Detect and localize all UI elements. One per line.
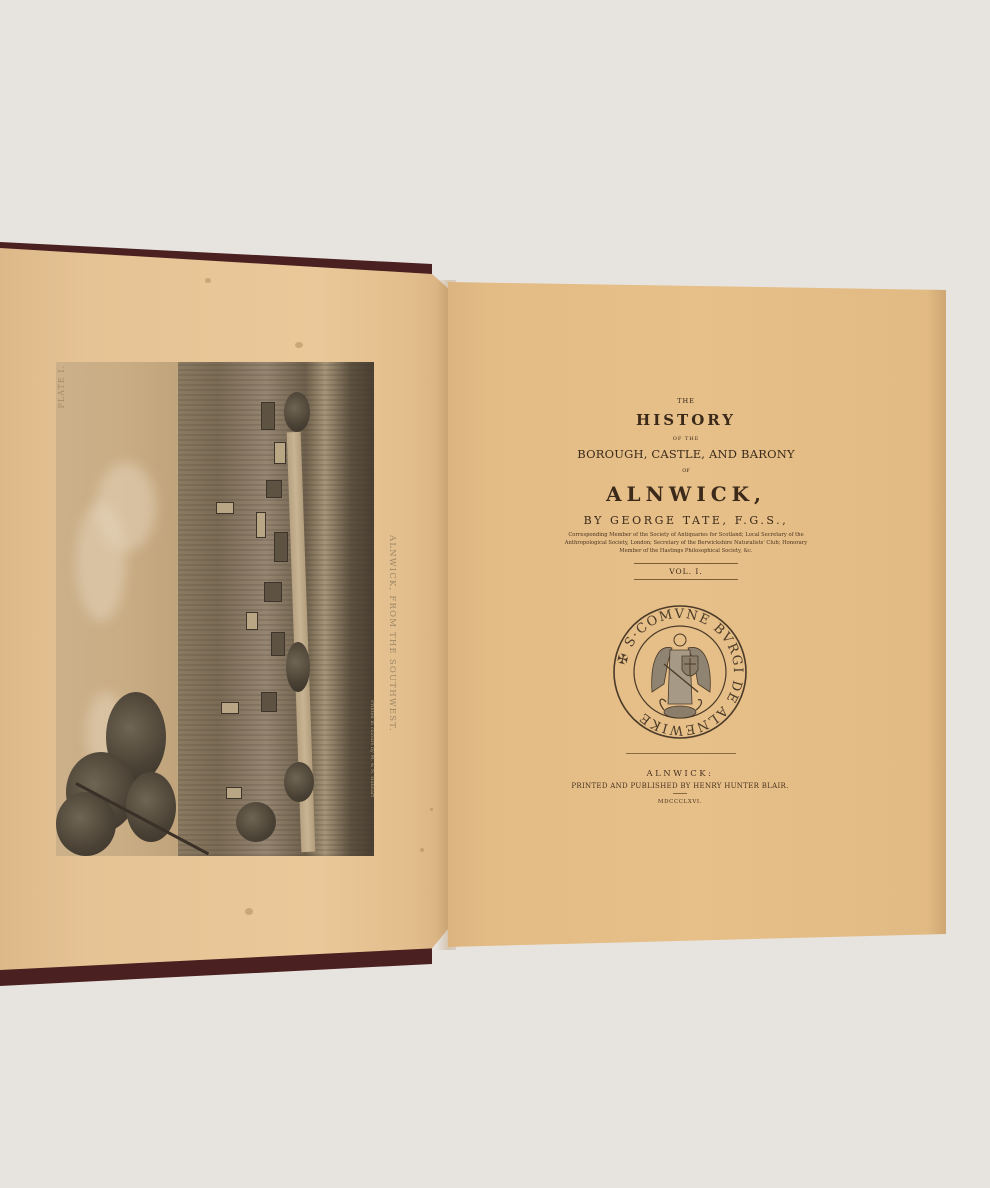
imprint-rule — [626, 753, 736, 754]
foxing-spot — [430, 808, 433, 811]
foxing-spot — [245, 908, 253, 915]
engraving-landscape — [178, 362, 374, 856]
plate-caption: ALNWICK, FROM THE SOUTHWEST. — [381, 535, 397, 700]
title-of: OF — [560, 465, 812, 477]
imprint-date: MDCCCLXVI. — [560, 797, 800, 807]
title-subtitle: BOROUGH, CASTLE, AND BARONY — [560, 445, 812, 465]
volume-label: VOL. I. — [634, 563, 738, 580]
imprint-printer: PRINTED AND PUBLISHED BY HENRY HUNTER BL… — [560, 780, 800, 792]
title-block: THE HISTORY OF THE BOROUGH, CASTLE, AND … — [560, 390, 812, 580]
author-credentials: Corresponding Member of the Society of A… — [560, 531, 812, 555]
title-place: ALNWICK, — [560, 477, 812, 511]
author-line: BY GEORGE TATE, F.G.S., — [560, 511, 812, 531]
frontispiece-engraving — [56, 362, 374, 856]
title-of-the: OF THE — [560, 433, 812, 445]
foxing-spot — [205, 278, 211, 283]
imprint-small-rule — [673, 793, 687, 794]
foxing-spot — [420, 848, 424, 852]
title-history: HISTORY — [560, 409, 812, 433]
plate-label: PLATE I. — [57, 365, 66, 408]
title-the: THE — [560, 397, 812, 409]
imprint-place: ALNWICK: — [560, 768, 800, 780]
foxing-spot — [295, 342, 303, 348]
borough-seal-icon: ✠ S·COMVNE BVRGI DE ALNEWIKE — [612, 604, 748, 740]
imprint-block: ALNWICK: PRINTED AND PUBLISHED BY HENRY … — [560, 768, 800, 807]
plate-credit: Printed in colours by M. & N. Hanhart — [369, 700, 375, 797]
